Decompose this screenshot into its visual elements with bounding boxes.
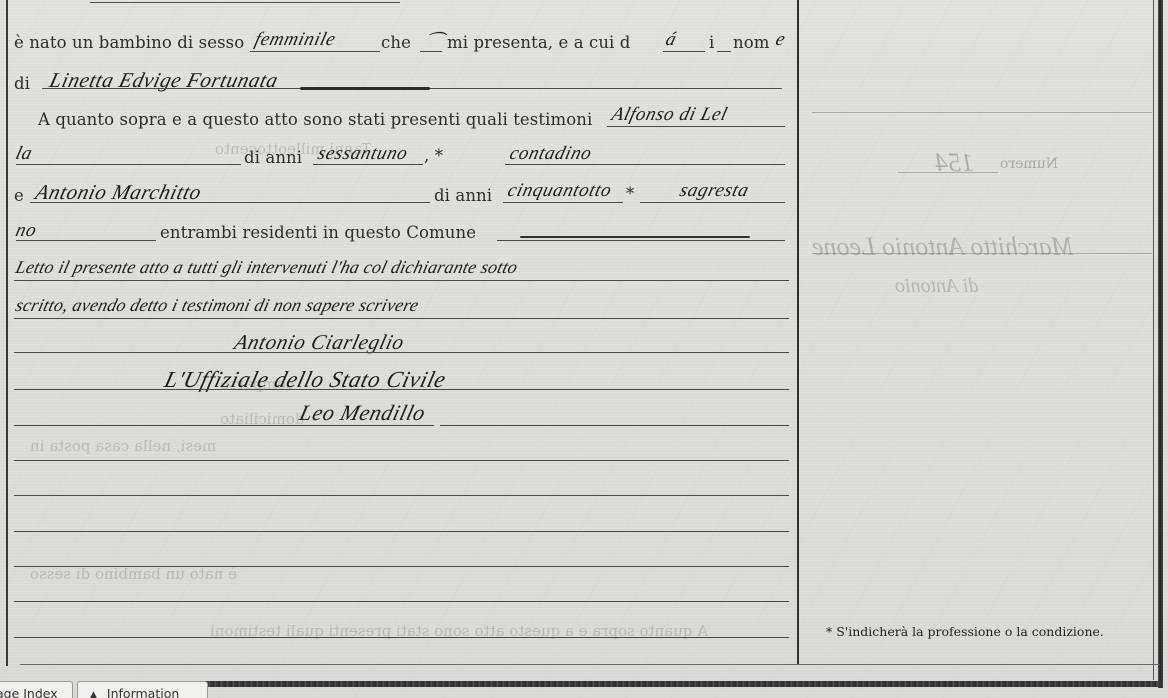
fill-line: [14, 352, 789, 353]
pen-stroke: [300, 87, 430, 90]
triangle-up-icon: ▲: [90, 690, 97, 698]
fill-line: [640, 202, 785, 203]
cut-off-line: [90, 2, 400, 3]
tab-information[interactable]: ▲Information: [77, 681, 208, 698]
bleed-through-handwriting: di Antonio: [895, 275, 979, 298]
page-border-bottom: [205, 681, 1163, 687]
footnote-profession: * S'indicherà la professione o la condiz…: [826, 624, 1104, 639]
fill-line: [16, 164, 241, 165]
printed-text: mi presenta, e a cui d: [447, 33, 630, 52]
fill-line: [16, 240, 156, 241]
handwritten-witness1: Alfonso di Lel: [609, 104, 730, 126]
printed-text: i: [709, 33, 714, 52]
printed-text: che: [381, 33, 411, 52]
signature-officer: Leo Mendillo: [297, 400, 429, 426]
printed-text: e: [14, 186, 24, 205]
handwritten-mark: á: [663, 29, 679, 51]
fill-line: [30, 202, 430, 203]
fill-line: [497, 240, 785, 241]
handwritten-text: la: [13, 143, 34, 165]
handwritten-child-name: Linetta Edvige Fortunata: [47, 68, 281, 93]
printed-text: *: [626, 184, 634, 203]
right-column-rule: [812, 112, 1152, 113]
fill-line: [14, 389, 789, 390]
handwritten-profession1: contadino: [507, 143, 594, 165]
page-border-bottom-inner: [20, 664, 1160, 665]
page-border-right-inner: [1153, 0, 1154, 680]
fill-line: [663, 51, 705, 52]
handwritten-closing-line1: Letto il presente atto a tutti gli inter…: [13, 257, 519, 278]
fill-line: [14, 280, 789, 281]
fill-line: [420, 51, 442, 52]
scanned-page[interactable]: Tanni milleottocento comparso domiciliat…: [0, 0, 1168, 698]
fill-line: [503, 202, 623, 203]
fill-line: [250, 51, 380, 52]
tab-label: Information: [107, 686, 179, 698]
printed-text: di anni: [434, 186, 492, 205]
column-divider: [797, 0, 799, 664]
fill-line: [313, 164, 423, 165]
page-border-right: [1158, 0, 1163, 688]
empty-rule: [14, 601, 789, 602]
empty-rule: [14, 566, 789, 567]
fill-line: [505, 164, 785, 165]
printed-text: di anni: [244, 148, 302, 167]
handwritten-mark: ⌒: [421, 27, 447, 54]
fill-line: [440, 425, 789, 426]
bleed-through-text: è nato un bambino di sesso: [30, 565, 237, 583]
printed-text: A quanto sopra e a questo atto sono stat…: [38, 110, 592, 129]
handwritten-profession2: sagresta: [677, 180, 751, 202]
empty-rule: [14, 495, 789, 496]
document-viewer: Tanni milleottocento comparso domiciliat…: [0, 0, 1168, 698]
tab-page-index[interactable]: Page Index: [0, 681, 73, 698]
handwritten-age1: sessantuno: [315, 143, 410, 165]
printed-text: nom: [733, 33, 770, 52]
empty-rule: [14, 637, 789, 638]
bleed-through-text: mesi, nella casa posta in: [30, 437, 216, 455]
printed-text: entrambi residenti in questo Comune: [160, 223, 476, 242]
printed-text: , *: [424, 146, 443, 165]
handwritten-text: no: [13, 220, 39, 242]
tab-label: Page Index: [0, 686, 58, 698]
printed-text: di: [14, 74, 30, 93]
empty-rule: [14, 531, 789, 532]
handwritten-age2: cinquantotto: [505, 180, 614, 202]
fill-line: [607, 126, 785, 127]
fill-line: [14, 425, 434, 426]
fill-line: [717, 51, 731, 52]
fill-line: [14, 318, 789, 319]
bleed-through-numero-label: Numero: [1000, 156, 1058, 172]
page-border-left: [6, 0, 8, 666]
handwritten-mark: e: [773, 29, 788, 51]
printed-text: è nato un bambino di sesso: [14, 33, 244, 52]
pen-stroke: [520, 236, 750, 238]
handwritten-closing-line2: scritto, avendo detto i testimoni di non…: [13, 295, 421, 316]
bleed-through-number: 154: [935, 148, 974, 178]
handwritten-sex: femminile: [252, 29, 338, 51]
empty-rule: [14, 460, 789, 461]
bleed-through-handwriting: Marchitto Antonio Leone: [812, 232, 1073, 262]
